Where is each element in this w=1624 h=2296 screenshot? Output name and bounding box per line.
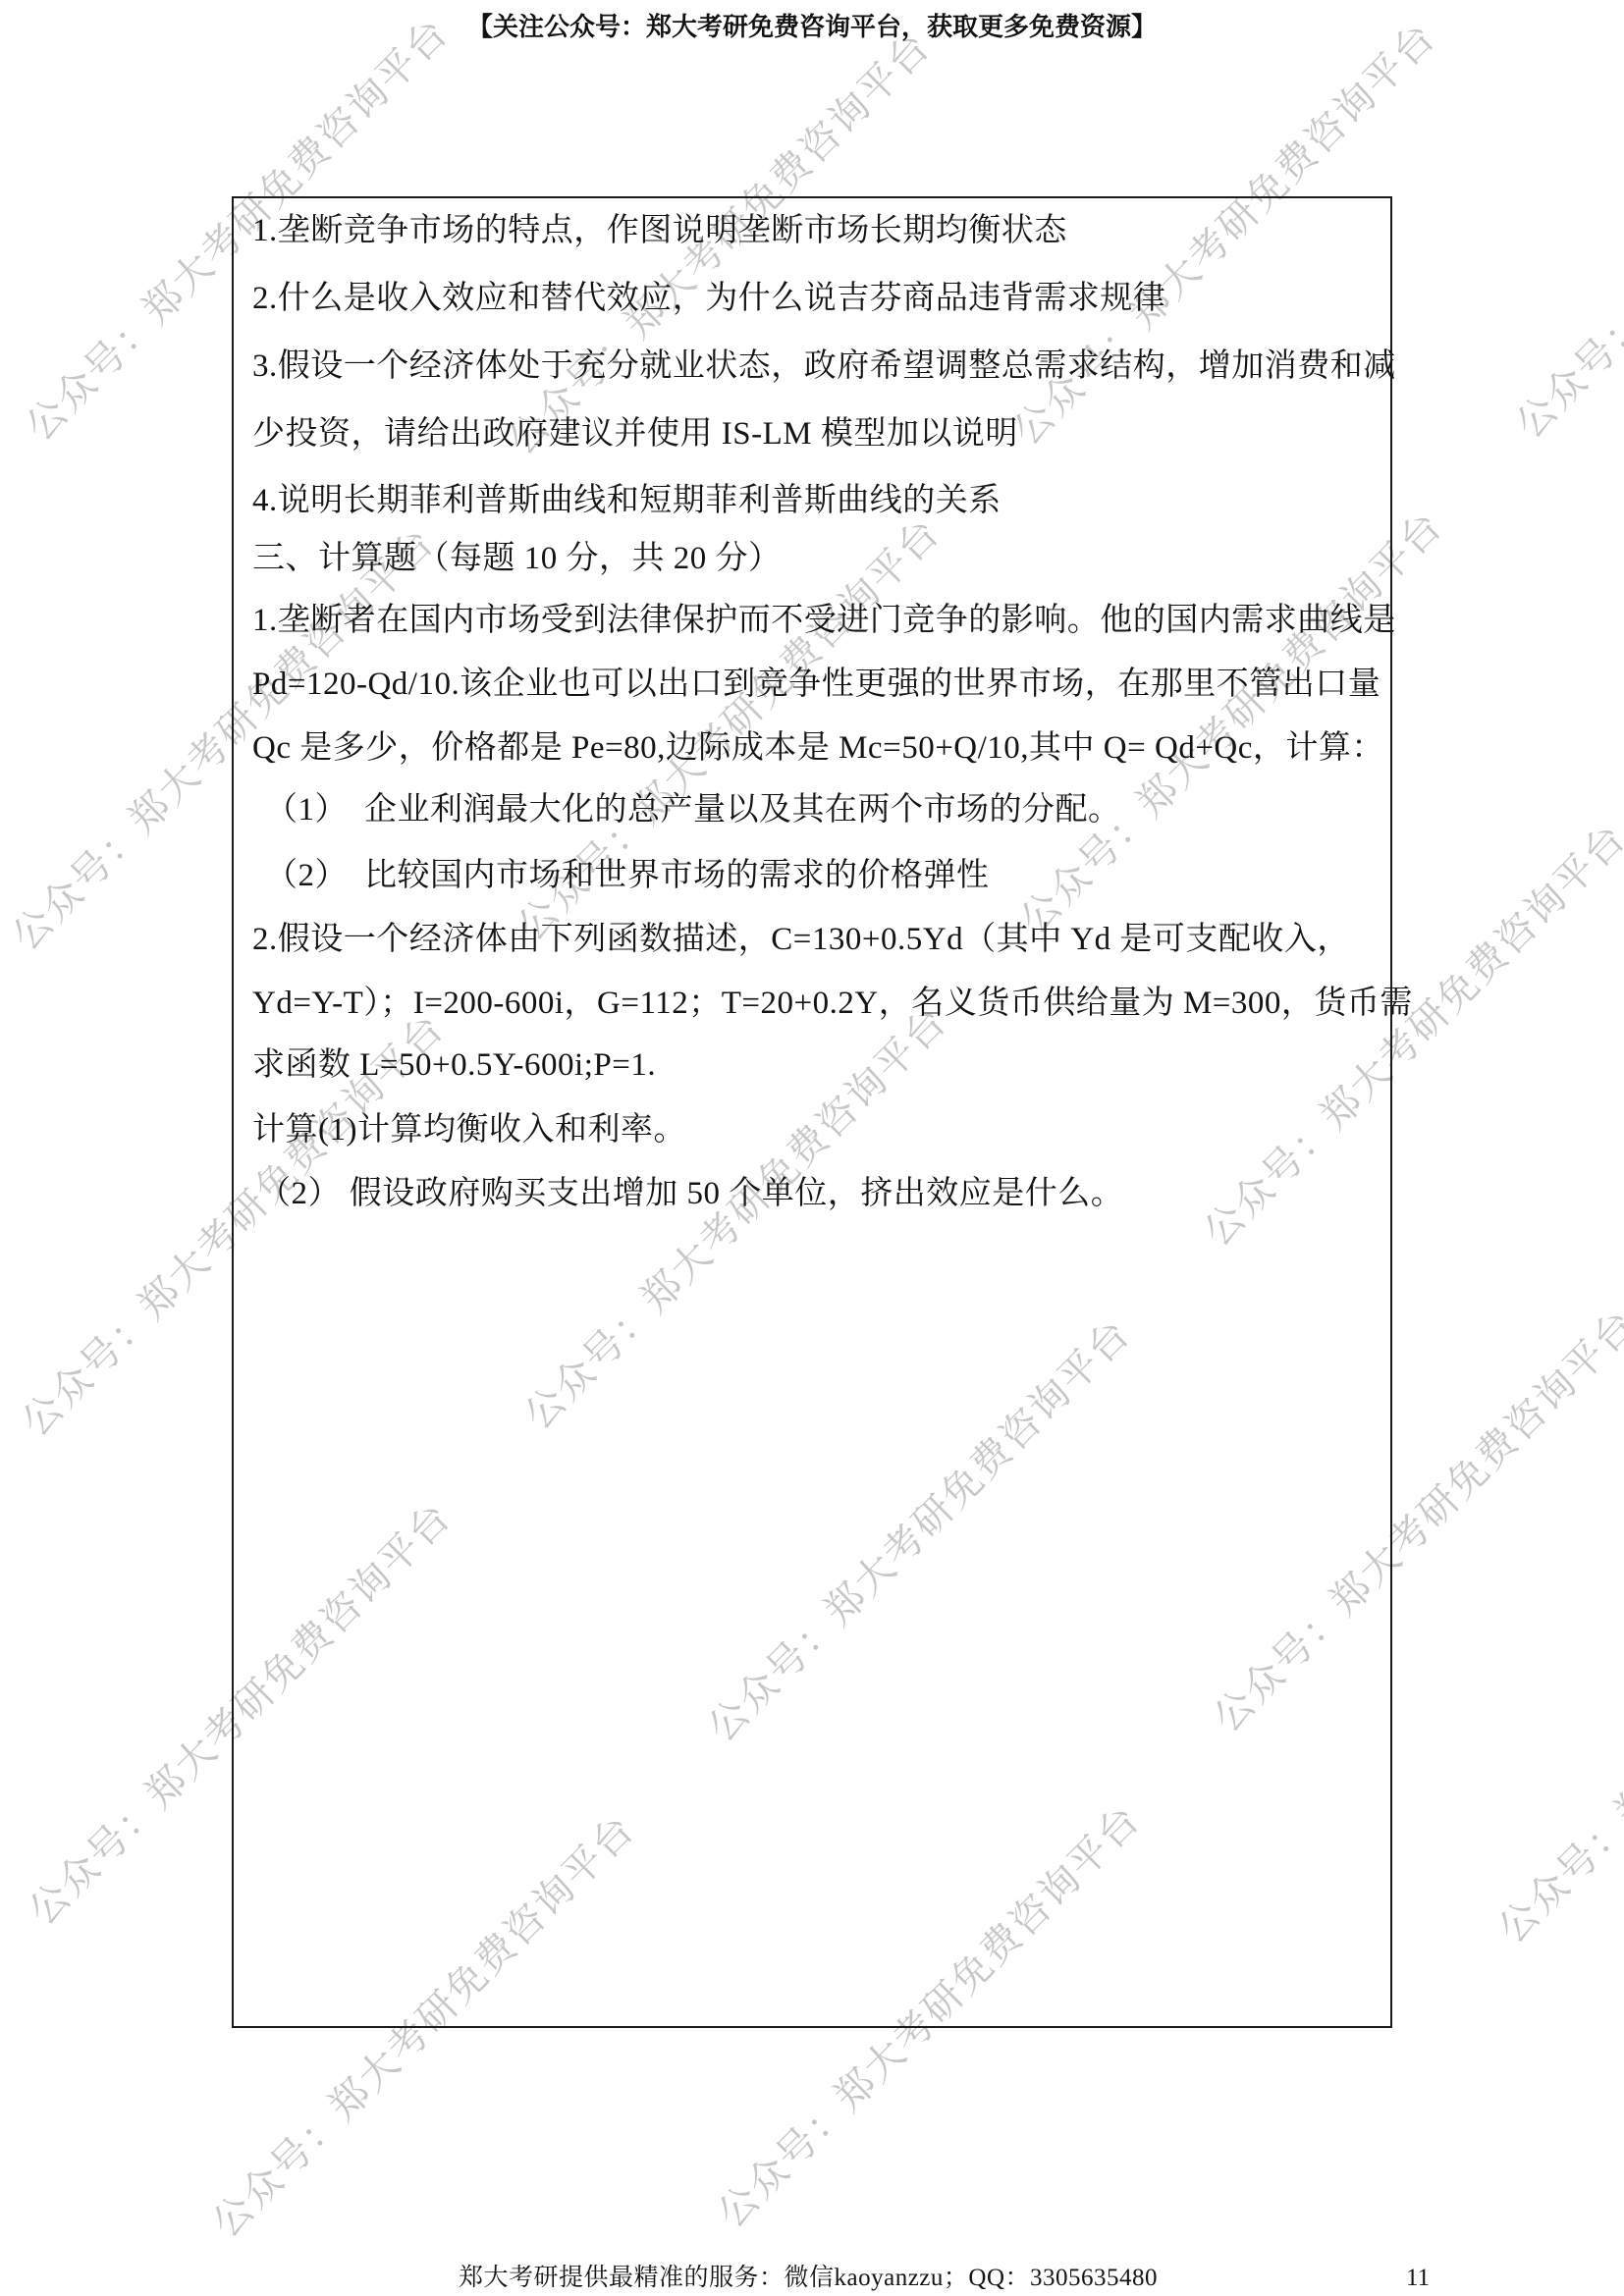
question-line: 少投资，请给出政府建议并使用 IS-LM 模型加以说明 [252,416,1018,453]
section-title-line: 三、计算题（每题 10 分，共 20 分） [252,541,782,577]
question-line: 4.说明长期菲利普斯曲线和短期菲利普斯曲线的关系 [252,483,1001,519]
document-page: 公众号：郑大考研免费咨询平台 公众号：郑大考研免费咨询平台 公众号：郑大考研免费… [0,0,1624,2296]
question-line: 1.垄断者在国内市场受到法律保护而不受进门竞争的影响。他的国内需求曲线是 [252,603,1396,639]
footer-page-number: 11 [1406,2264,1430,2292]
question-line: 求函数 L=50+0.5Y-600i;P=1. [252,1047,656,1084]
question-line: Pd=120-Qd/10.该企业也可以出口到竞争性更强的世界市场，在那里不管出口… [252,667,1380,703]
footer-service-info: 郑大考研提供最精准的服务：微信kaoyanzzu；QQ：3305635480 [459,2264,1158,2292]
content-border-box: 1.垄断竞争市场的特点，作图说明垄断市场长期均衡状态 2.什么是收入效应和替代效… [232,196,1392,2028]
question-line: 2.假设一个经济体由下列函数描述，C=130+0.5Yd（其中 Yd 是可支配收… [252,922,1350,958]
question-line: Qc 是多少，价格都是 Pe=80,边际成本是 Mc=50+Q/10,其中 Q=… [252,730,1384,767]
question-line: 1.垄断竞争市场的特点，作图说明垄断市场长期均衡状态 [252,213,1067,249]
question-line: 计算(1)计算均衡收入和利率。 [252,1112,686,1148]
question-line: Yd=Y-T）；I=200-600i，G=112；T=20+0.2Y，名义货币供… [252,986,1413,1022]
page-header: 【关注公众号：郑大考研免费咨询平台，获取更多免费资源】 [0,13,1624,42]
question-subitem-line: （1） 企业利润最大化的总产量以及其在两个市场的分配。 [265,792,1121,828]
question-line: 2.什么是收入效应和替代效应，为什么说吉芬商品违背需求规律 [252,281,1165,317]
question-subitem-line: （2） 假设政府购买支出增加 50 个单位，挤出效应是什么。 [258,1176,1123,1212]
question-line: 3.假设一个经济体处于充分就业状态，政府希望调整总需求结构，增加消费和减 [252,348,1396,385]
question-subitem-line: （2） 比较国内市场和世界市场的需求的价格弹性 [265,858,990,894]
